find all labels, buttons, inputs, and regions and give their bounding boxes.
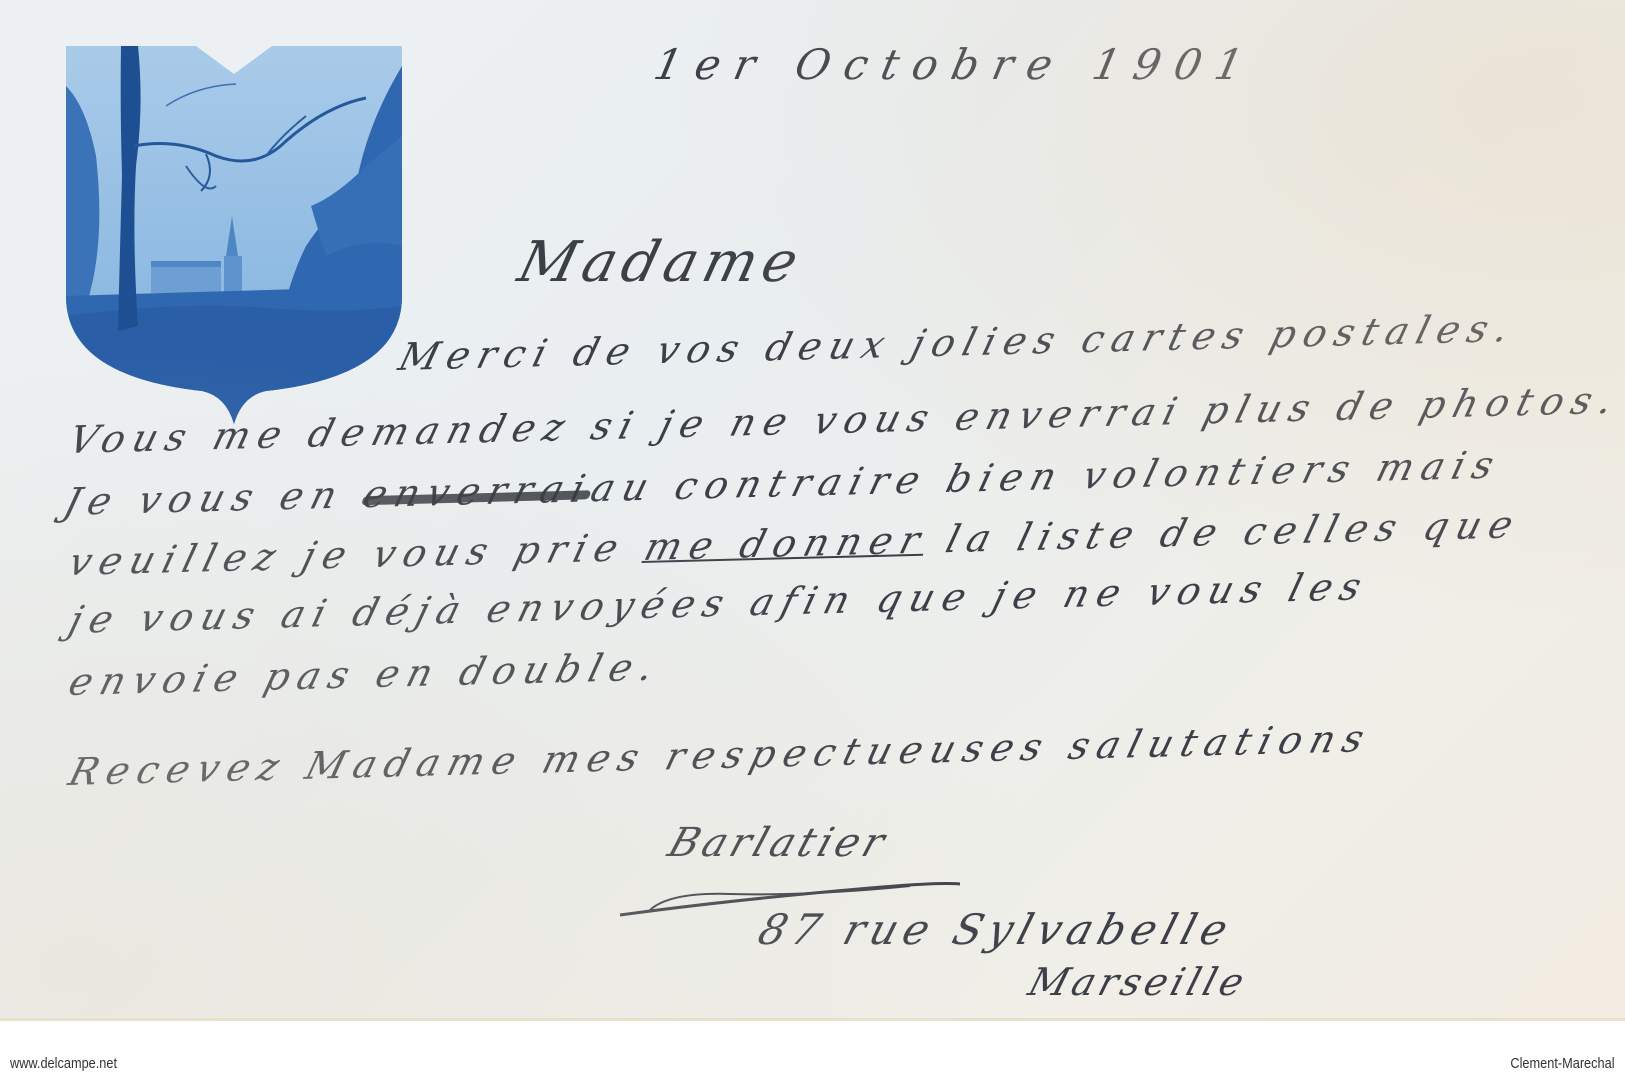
source-watermark-link[interactable]: www.delcampe.net: [10, 1055, 117, 1072]
line-3-before: Je vous en: [59, 472, 370, 524]
address-city: Marseille: [1024, 960, 1253, 1004]
letter-salutation: Madame: [512, 230, 810, 295]
inserted-words: me donner: [640, 518, 933, 569]
address-street: 87 rue Sylvabelle: [753, 905, 1239, 954]
letter-date: 1er Octobre 1901: [650, 40, 1262, 89]
line-4-after: la liste de celles que: [921, 502, 1526, 561]
letter-line-1: Merci de vos deux jolies cartes postales…: [394, 306, 1521, 379]
line-4-before: veuillez je vous prie: [64, 525, 651, 584]
line-3-after: au contraire bien volontiers mais: [586, 443, 1506, 511]
signature: Barlatier: [663, 820, 895, 866]
cyanotype-vignette-image: [66, 46, 402, 424]
seller-name: Clement-Marechal: [1511, 1055, 1615, 1072]
struck-word: enverrai: [359, 466, 598, 516]
letter-closing: Recevez Madame mes respectueuses salutat…: [64, 716, 1376, 794]
postcard: 1er Octobre 1901 Madame Merci de vos deu…: [0, 0, 1625, 1021]
letter-line-6: envoie pas en double.: [64, 645, 666, 704]
